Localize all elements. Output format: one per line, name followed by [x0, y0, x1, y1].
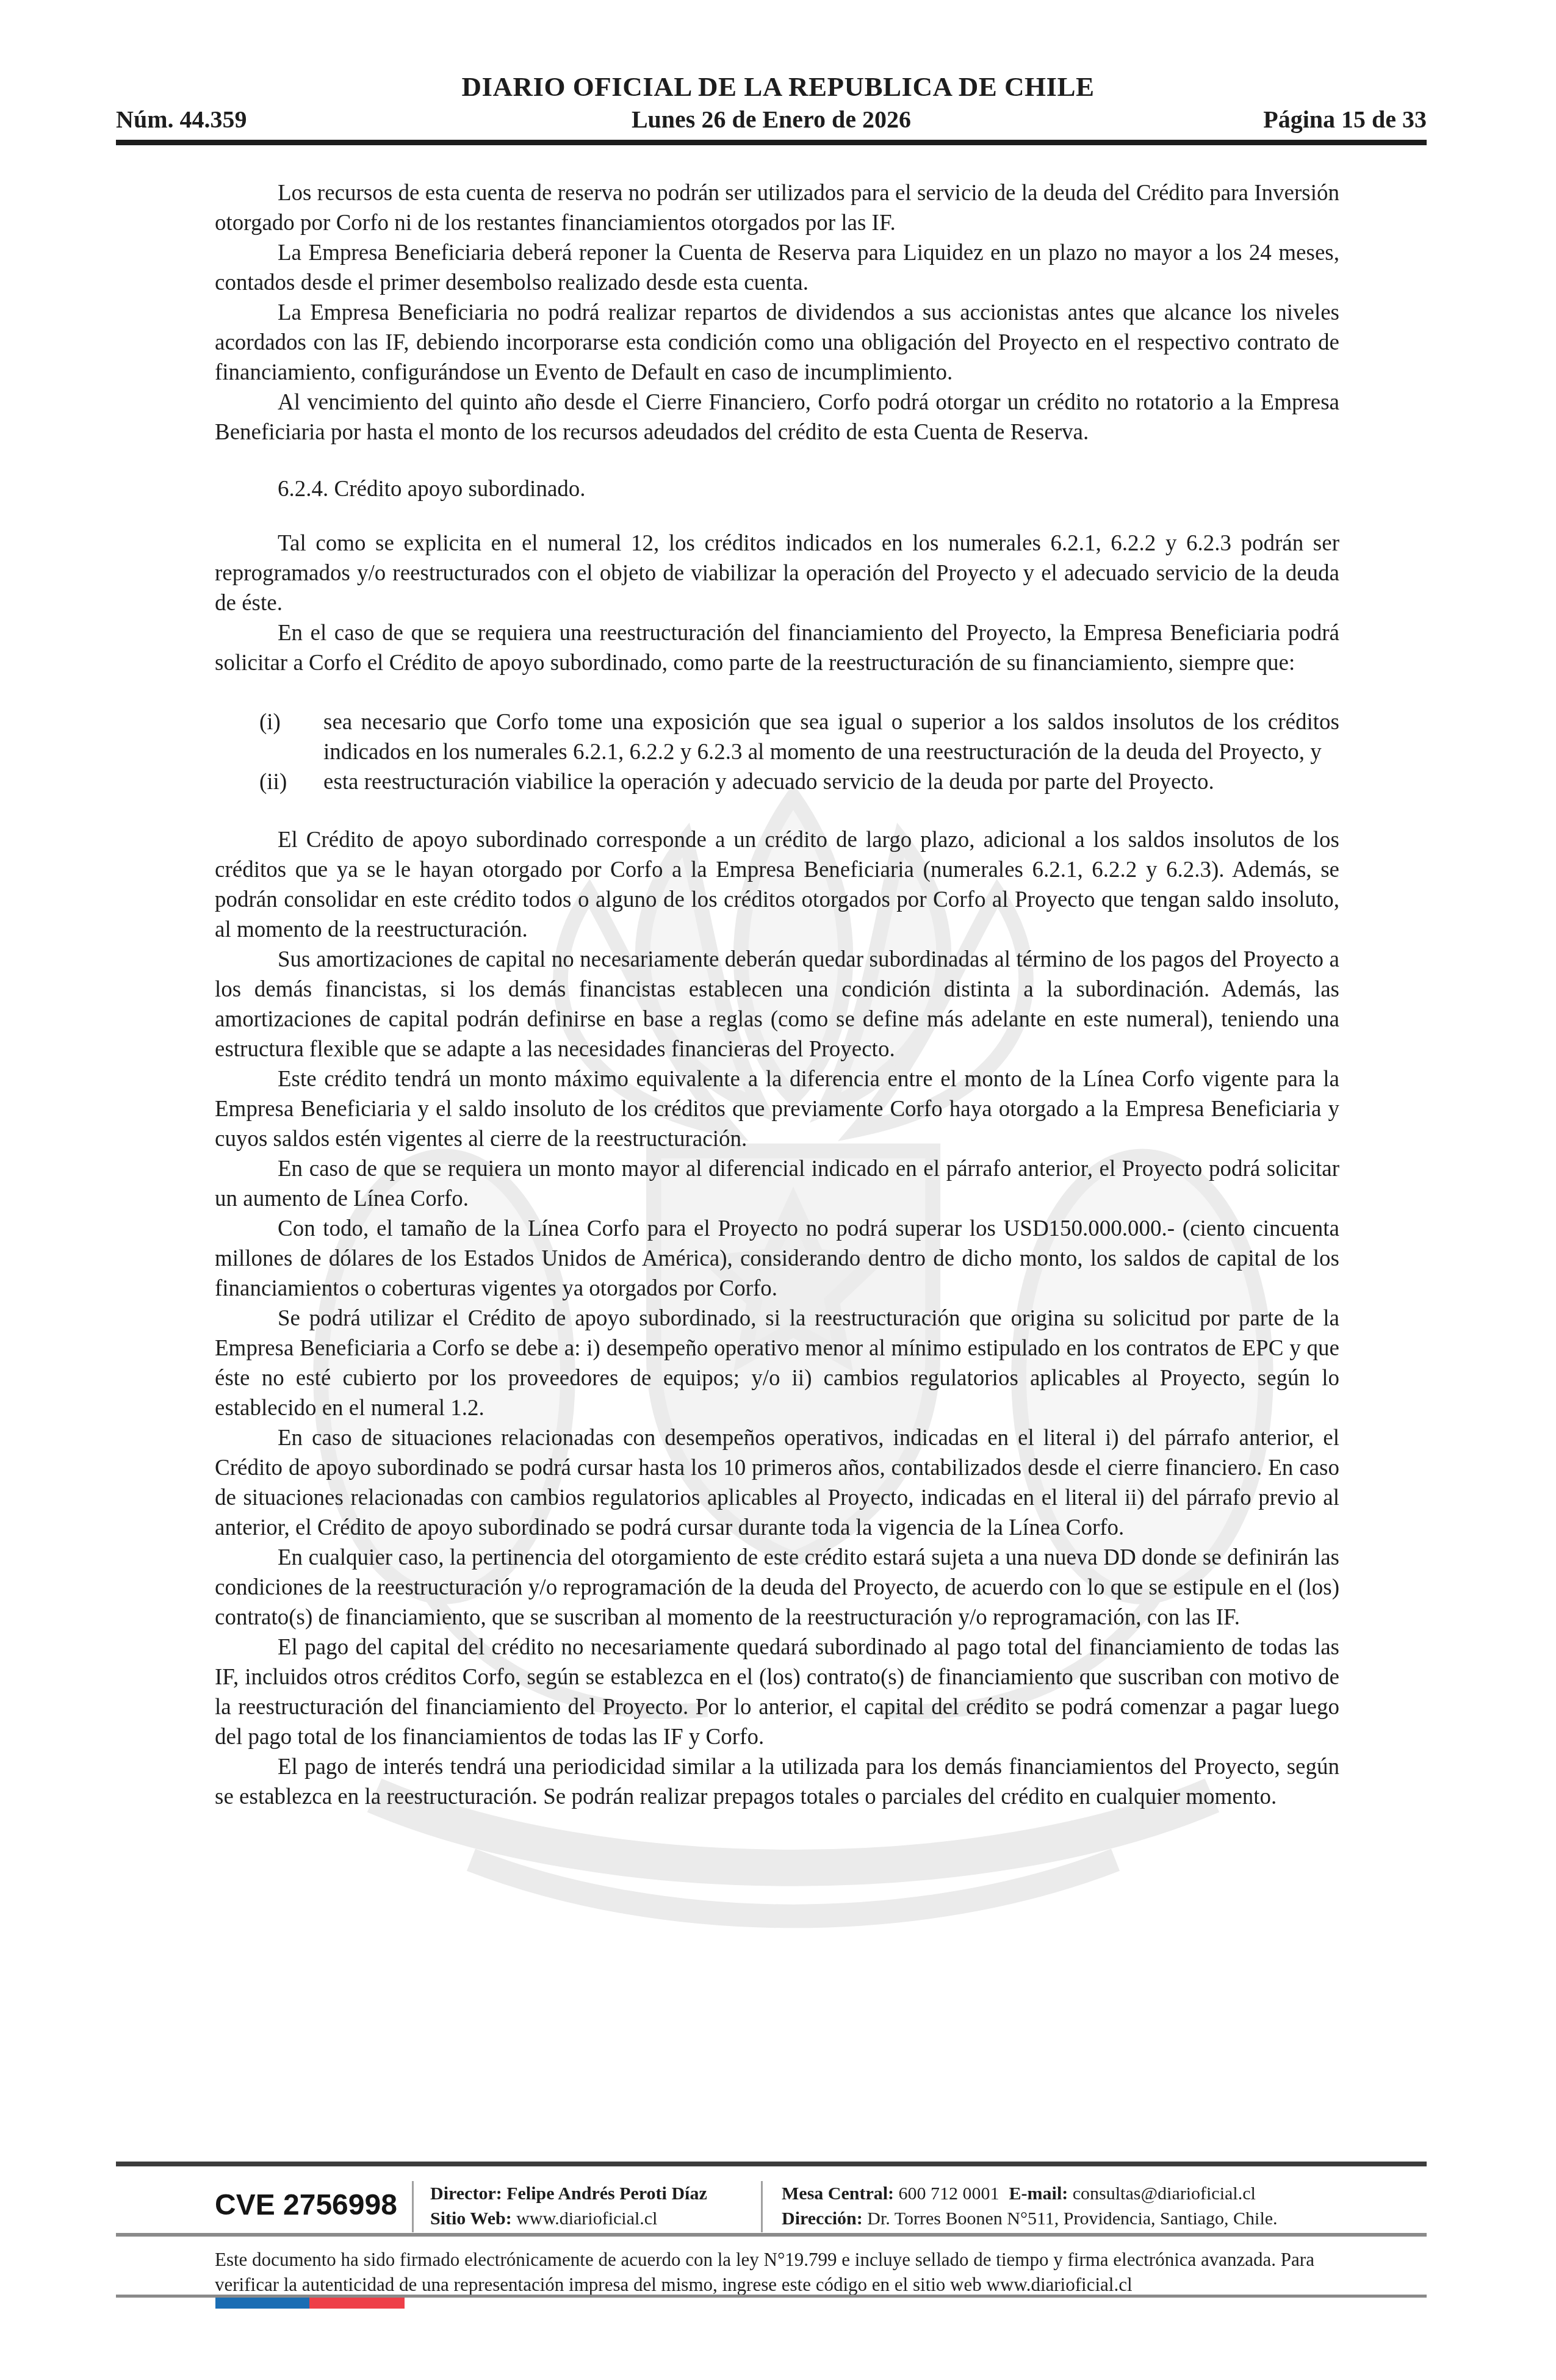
issue-date: Lunes 26 de Enero de 2026 [116, 105, 1427, 134]
body-paragraph: El pago del capital del crédito no neces… [215, 1632, 1339, 1752]
list-item-text: esta reestructuración viabilice la opera… [323, 767, 1339, 797]
body-paragraph: Con todo, el tamaño de la Línea Corfo pa… [215, 1214, 1339, 1304]
header-rule [116, 140, 1427, 145]
legal-notice: Este documento ha sido firmado electróni… [215, 2247, 1369, 2297]
body-paragraph: En caso de situaciones relacionadas con … [215, 1423, 1339, 1543]
address-label: Dirección: [782, 2209, 863, 2229]
masthead-title: DIARIO OFICIAL DE LA REPUBLICA DE CHILE [0, 71, 1556, 103]
footer-divider [761, 2181, 763, 2232]
body-paragraph: Los recursos de esta cuenta de reserva n… [215, 178, 1339, 238]
phone-label: Mesa Central: [782, 2183, 894, 2204]
body-paragraph: Tal como se explicita en el numeral 12, … [215, 528, 1339, 618]
footer-divider [412, 2181, 414, 2232]
website-value: www.diarioficial.cl [512, 2209, 658, 2229]
body-paragraph: Sus amortizaciones de capital no necesar… [215, 945, 1339, 1064]
conditions-list: (i) sea necesario que Corfo tome una exp… [215, 707, 1339, 797]
flag-blue [215, 2298, 309, 2309]
list-item-marker: (ii) [259, 767, 323, 797]
list-item: (ii) esta reestructuración viabilice la … [215, 767, 1339, 797]
body-paragraph: Se podrá utilizar el Crédito de apoyo su… [215, 1304, 1339, 1423]
body-paragraph: La Empresa Beneficiaria deberá reponer l… [215, 238, 1339, 298]
address-value: Dr. Torres Boonen N°511, Providencia, Sa… [863, 2209, 1278, 2229]
director-line: Director: Felipe Andrés Peroti Díaz [430, 2181, 760, 2206]
address-line: Dirección: Dr. Torres Boonen N°511, Prov… [782, 2206, 1386, 2231]
body-paragraph: El pago de interés tendrá una periodicid… [215, 1752, 1339, 1812]
list-item-marker: (i) [259, 707, 323, 767]
section-heading: 6.2.4. Crédito apoyo subordinado. [215, 474, 1339, 504]
footer-contact-column: Mesa Central: 600 712 0001E-mail: consul… [782, 2181, 1386, 2231]
phone-email-line: Mesa Central: 600 712 0001E-mail: consul… [782, 2181, 1386, 2206]
email-label: E-mail: [1009, 2183, 1068, 2204]
flag-red [309, 2298, 405, 2309]
body-paragraph: En cualquier caso, la pertinencia del ot… [215, 1543, 1339, 1632]
list-item-text: sea necesario que Corfo tome una exposic… [323, 707, 1339, 767]
website-label: Sitio Web: [430, 2209, 512, 2229]
list-item: (i) sea necesario que Corfo tome una exp… [215, 707, 1339, 767]
director-label: Director: [430, 2183, 502, 2204]
phone-value: 600 712 0001 [894, 2183, 1000, 2204]
body-paragraph: La Empresa Beneficiaria no podrá realiza… [215, 298, 1339, 388]
cve-code: CVE 2756998 [215, 2188, 397, 2222]
footer-director-column: Director: Felipe Andrés Peroti Díaz Siti… [430, 2181, 760, 2231]
header-meta-row: Núm. 44.359 Lunes 26 de Enero de 2026 Pá… [116, 105, 1427, 134]
document-body: Los recursos de esta cuenta de reserva n… [215, 178, 1339, 1812]
body-paragraph: En caso de que se requiera un monto mayo… [215, 1154, 1339, 1214]
chile-flag-bar [215, 2298, 405, 2309]
website-line: Sitio Web: www.diarioficial.cl [430, 2206, 760, 2231]
footer-top-rule [116, 2162, 1427, 2166]
gazette-page: DIARIO OFICIAL DE LA REPUBLICA DE CHILE … [0, 0, 1556, 2380]
body-paragraph: Al vencimiento del quinto año desde el C… [215, 388, 1339, 447]
body-paragraph: Este crédito tendrá un monto máximo equi… [215, 1064, 1339, 1154]
page-indicator: Página 15 de 33 [1263, 105, 1427, 134]
footer-middle-rule [116, 2233, 1427, 2237]
email-value: consultas@diarioficial.cl [1068, 2183, 1256, 2204]
body-paragraph: En el caso de que se requiera una reestr… [215, 618, 1339, 678]
body-paragraph: El Crédito de apoyo subordinado correspo… [215, 825, 1339, 945]
director-name: Felipe Andrés Peroti Díaz [502, 2183, 707, 2204]
